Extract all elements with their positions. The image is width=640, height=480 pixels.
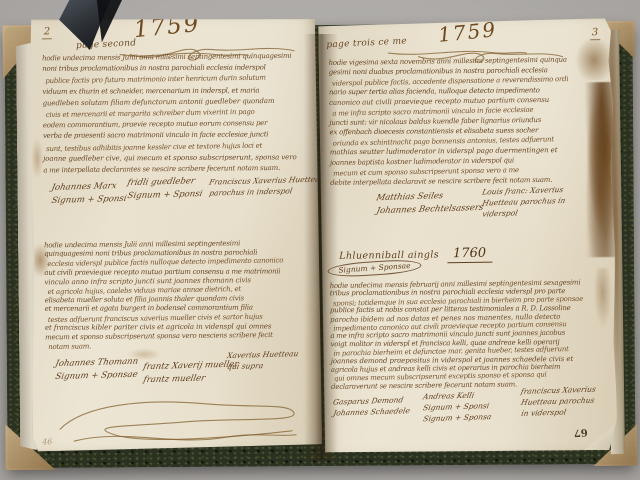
manuscript-line: viduum ex thurin et schneider, mercenari…: [42, 85, 314, 98]
signature-column: Louis franc: XaveriusHuetteau parochus i…: [482, 185, 565, 219]
signature-line: frantz mueller: [142, 372, 239, 388]
signature-column: franciscus XaveriusHuetteau parochusin v…: [521, 384, 596, 418]
bookmark-clip: [50, 0, 122, 54]
signature-column: frantz Xaverij muellerfrantz mueller: [143, 359, 238, 386]
manuscript-line: aut civili praevieque recepto mutuo part…: [44, 267, 316, 278]
signature-column: Franciscus Xaverius Huetteauparochus in …: [209, 174, 322, 197]
mid-heading-year: 1760: [447, 246, 492, 264]
manuscript-entry: hodie vigesima sexta novembris anni mill…: [329, 54, 607, 188]
signature-line: parochus in inderspol: [208, 184, 322, 198]
right-page: 1759 3 page trois ce me hodie vigesima s…: [318, 18, 618, 454]
ink-stain: [31, 137, 43, 179]
manuscript-entry: hodie undecima mensis Junii anni millesi…: [42, 51, 315, 177]
signature-line: Signum + Sponsi: [126, 188, 203, 203]
scan-background: { "scene": { "type": "scanned double-pag…: [0, 0, 640, 480]
signature-column: Johannes ThomannSignum + Sponsae: [55, 356, 138, 383]
signature-line: Johannes Bechtelsassers: [375, 202, 484, 218]
manuscript-entry: hodie undecima mensis februarij anni mil…: [330, 278, 611, 391]
year-heading: 1759: [437, 18, 498, 47]
signature-line: Johannes Schaedele: [332, 405, 411, 418]
manuscript-line: et franciscus kibler pariter civis et ag…: [45, 322, 317, 333]
signature-column: Gasparus DemondJohannes Schaedele: [333, 395, 410, 418]
signature-line: Signum + Sponsa: [422, 411, 492, 424]
signature-line: Signum + Sponsae: [54, 369, 139, 384]
manuscript-entry: hodie undecima mensis Julii anni millesi…: [44, 239, 317, 352]
signature-column: Xaverius Huetteauqui supra: [227, 349, 298, 372]
corner-mark: 67: [573, 426, 587, 438]
ink-flourish: [54, 393, 307, 448]
bottom-mark: 46: [42, 437, 52, 446]
signature-column: Andreas KelliSignum + SponsiSignum + Spo…: [423, 390, 491, 424]
signature-line: viderspol: [481, 206, 566, 220]
page-number: 3: [590, 27, 601, 40]
manuscript-line: joanne guedleber cive, qui mecum et spon…: [43, 152, 315, 165]
left-page: 2 page second 1759 hodie undecima mensis…: [28, 16, 323, 451]
signature-column: fridli guedleberSignum + Sponsi: [127, 176, 202, 203]
signature-column: Matthias SeilesJohannes Bechtelsassers: [376, 190, 483, 217]
signature-line: Signum + Sponsi: [50, 193, 127, 208]
signature-column: Johannes MarxSignum + Sponsi: [51, 181, 126, 208]
mid-heading: Lhluenniball aingls1760: [339, 242, 492, 263]
signature-line: in viderspol: [520, 406, 597, 419]
signature-line: qui supra: [226, 359, 300, 372]
